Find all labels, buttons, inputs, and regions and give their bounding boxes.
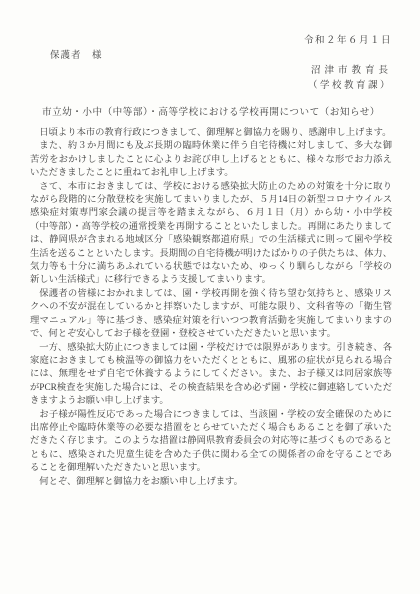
paragraph-positive-case-measures: お子様が陽性反応であった場合につきましては、当該園・学校の安全確保のために出席停… (30, 409, 392, 476)
paragraph-reassurance: 保護者の皆様におかれましては、園・学校再開を強く待ち望む気持ちと、感染リスクへの… (30, 288, 392, 342)
document-title: 市立幼・小中（中等部）・高等学校における学校再開について（お知らせ） (30, 106, 392, 120)
recipient-line: 保護者 様 (30, 49, 392, 64)
paragraph-reopening-plan: さて、本市におきましては、学校における感染拡大防止のための対策を十分に取りながら… (30, 181, 392, 288)
sender-name: 沼津市教育長 (30, 64, 392, 79)
sender-department: （学校教育課） (30, 79, 392, 93)
paragraph-home-cooperation: 一方、感染拡大防止につきましては園・学校だけでは限界があります。引き続き、各家庭… (30, 342, 392, 409)
document-date: 令和２年６月１日 (30, 34, 392, 49)
paragraph-greeting: 日頃より本市の教育行政につきまして、御理解と御協力を賜り、感謝申し上げます。 (30, 127, 392, 140)
paragraph-apology: また、約３か月間にも及ぶ長期の臨時休業に伴う自宅待機に対しまして、多大な御苦労を… (30, 140, 392, 180)
paragraph-closing: 何とぞ、御理解と御協力をお願い申し上げます。 (30, 476, 392, 489)
document-body: 日頃より本市の教育行政につきまして、御理解と御協力を賜り、感謝申し上げます。 ま… (30, 127, 392, 489)
scanned-letter-page: 令和２年６月１日 保護者 様 沼津市教育長 （学校教育課） 市立幼・小中（中等部… (0, 0, 420, 594)
